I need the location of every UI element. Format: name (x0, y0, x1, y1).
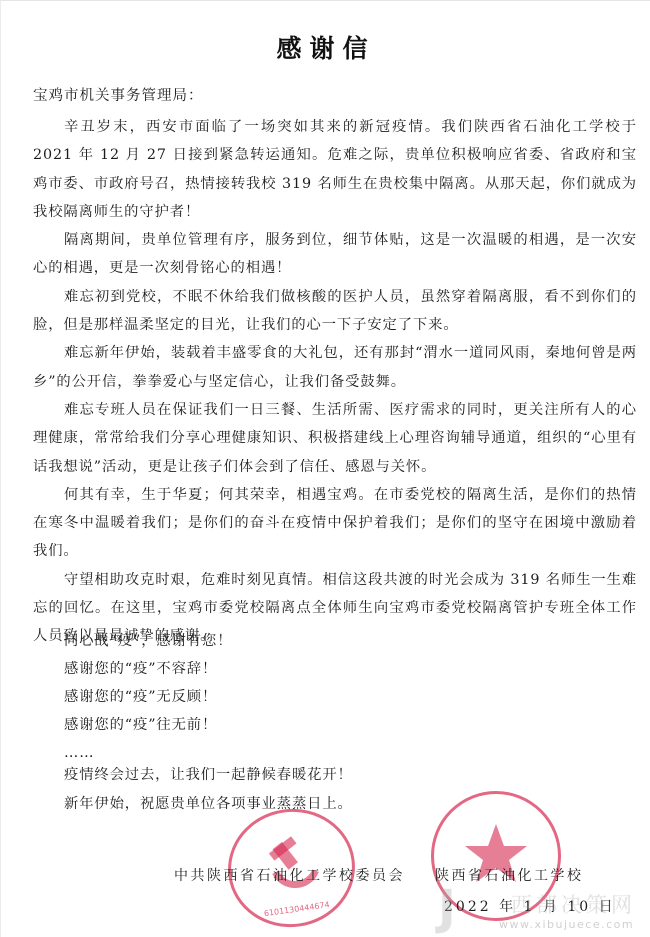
watermark-url: www.xibujuece.com (499, 918, 634, 931)
paragraph: 难忘初到党校，不眠不休给我们做核酸的医护人员，虽然穿着隔离服，看不到你们的脸，但… (33, 283, 637, 340)
signature-party-committee: 中共陕西省石油化工学校委员会 (174, 865, 405, 885)
watermark-name: 西部决策网 (511, 889, 636, 919)
paragraph: 何其有幸，生于华夏；何其荣幸，相遇宝鸡。在市委党校的隔离生活，是你们的热情在寒冬… (33, 481, 637, 566)
salutation: 宝鸡市机关事务管理局： (33, 84, 204, 105)
paragraph: 辛丑岁末，西安市面临了一场突如其来的新冠疫情。我们陕西省石油化工学校于 2021… (33, 113, 637, 226)
watermark-logo-icon: J (438, 885, 474, 931)
slogan: 同心战“疫”，感谢有您！ (64, 627, 232, 655)
svg-text:6101130444674: 6101130444674 (263, 900, 330, 918)
letter-title: 感谢信 (1, 29, 650, 65)
signature-school: 陕西省石油化工学校 (435, 865, 584, 885)
slogan: 感谢您的“疫”无反顾！ (64, 683, 232, 711)
slogan-list: 同心战“疫”，感谢有您！ 感谢您的“疫”不容辞！ 感谢您的“疫”无反顾！ 感谢您… (64, 627, 232, 767)
paragraph: 难忘专班人员在保证我们一日三餐、生活所需、医疗需求的同时，更关注所有人的心理健康… (33, 396, 637, 481)
letter-body: 辛丑岁末，西安市面临了一场突如其来的新冠疫情。我们陕西省石油化工学校于 2021… (33, 113, 637, 651)
letter-page: 感谢信 宝鸡市机关事务管理局： 辛丑岁末，西安市面临了一场突如其来的新冠疫情。我… (0, 0, 650, 937)
closing-line: 疫情终会过去，让我们一起静候春暖花开！ (64, 761, 353, 790)
slogan: 感谢您的“疫”不容辞！ (64, 655, 232, 683)
paragraph: 难忘新年伊始，装载着丰盛零食的大礼包，还有那封“渭水一道同风雨，秦地何曾是两乡”… (33, 339, 637, 396)
paragraph: 隔离期间，贵单位管理有序，服务到位，细节体贴，这是一次温暖的相遇，是一次安心的相… (33, 226, 637, 283)
slogan: 感谢您的“疫”往无前！ (64, 711, 232, 739)
